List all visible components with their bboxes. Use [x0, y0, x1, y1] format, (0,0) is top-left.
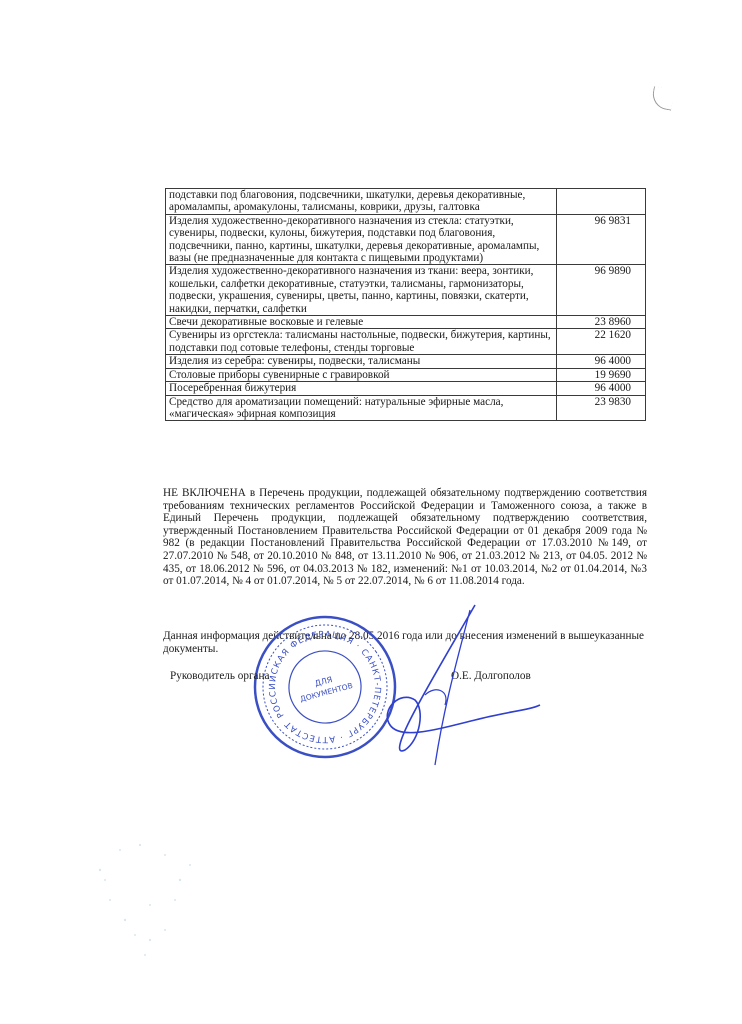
product-codes-table: подставки под благовония, подсвечники, ш… — [165, 188, 646, 421]
faint-stamp-bleed-icon — [80, 810, 220, 980]
product-description: Столовые приборы сувенирные с гравировко… — [166, 368, 557, 381]
product-code: 96 9890 — [557, 265, 646, 316]
product-description: Свечи декоративные восковые и гелевые — [166, 316, 557, 329]
product-description: Изделия из серебра: сувениры, подвески, … — [166, 355, 557, 368]
table-row: Свечи декоративные восковые и гелевые 23… — [166, 316, 646, 329]
not-included-paragraph: НЕ ВКЛЮЧЕНА в Перечень продукции, подлеж… — [163, 487, 647, 588]
product-code: 19 9690 — [557, 368, 646, 381]
product-description: Изделия художественно-декоративного назн… — [166, 214, 557, 265]
product-code: 96 9831 — [557, 214, 646, 265]
table-row: Посеребренная бижутерия 96 4000 — [166, 382, 646, 395]
table-row: Сувениры из оргстекла: талисманы настоль… — [166, 329, 646, 355]
table-row: подставки под благовония, подсвечники, ш… — [166, 189, 646, 215]
product-description: Посеребренная бижутерия — [166, 382, 557, 395]
product-description: подставки под благовония, подсвечники, ш… — [166, 189, 557, 215]
table-row: Изделия художественно-декоративного назн… — [166, 265, 646, 316]
table-row: Изделия художественно-декоративного назн… — [166, 214, 646, 265]
product-code: 22 1620 — [557, 329, 646, 355]
product-code: 96 4000 — [557, 382, 646, 395]
scan-corner-mark — [650, 86, 674, 110]
product-description: Изделия художественно-декоративного назн… — [166, 265, 557, 316]
product-code: 23 8960 — [557, 316, 646, 329]
product-description: Средство для ароматизации помещений: нат… — [166, 395, 557, 421]
product-code — [557, 189, 646, 215]
product-code: 23 9830 — [557, 395, 646, 421]
product-description: Сувениры из оргстекла: талисманы настоль… — [166, 329, 557, 355]
table-row: Средство для ароматизации помещений: нат… — [166, 395, 646, 421]
handwritten-signature-icon — [365, 600, 545, 770]
signatory-role: Руководитель органа — [170, 670, 269, 682]
table-row: Изделия из серебра: сувениры, подвески, … — [166, 355, 646, 368]
product-code: 96 4000 — [557, 355, 646, 368]
table-row: Столовые приборы сувенирные с гравировко… — [166, 368, 646, 381]
